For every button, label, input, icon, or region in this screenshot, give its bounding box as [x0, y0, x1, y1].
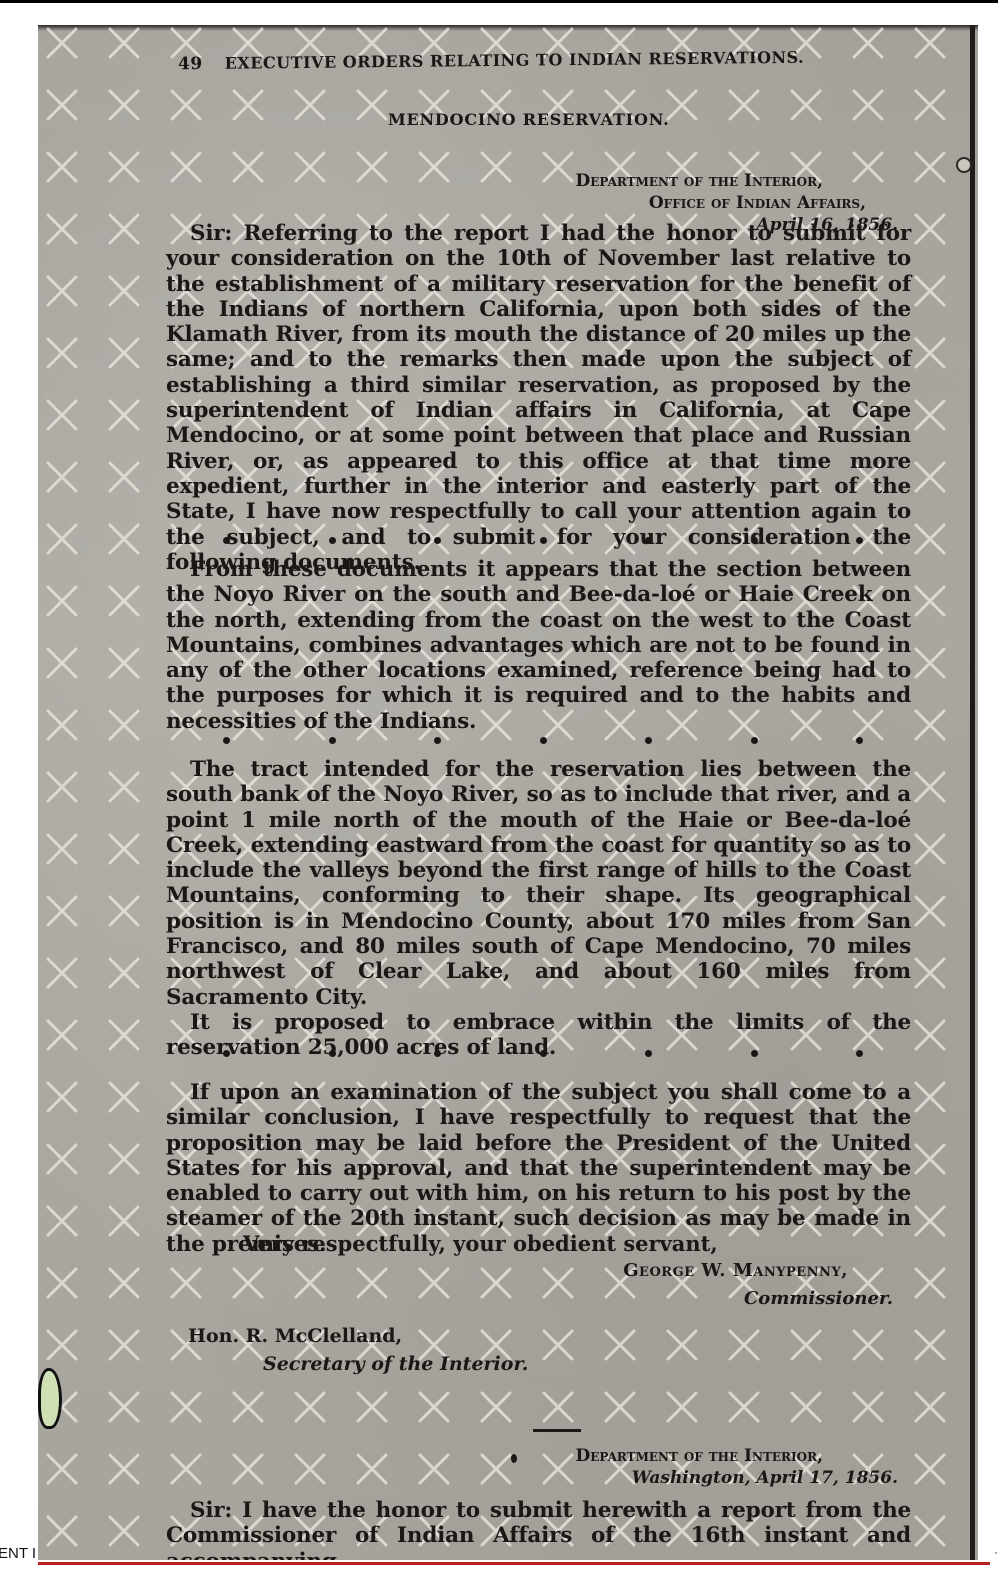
green-stain-mark — [38, 1368, 62, 1429]
paragraph-letter-2: Sir: I have the honor to submit herewith… — [166, 1498, 911, 1560]
dateline-2-department: Department of the Interior, — [576, 1445, 823, 1467]
document-text: 49EXECUTIVE ORDERS RELATING TO INDIAN RE… — [38, 25, 978, 1560]
signature-title: Commissioner. — [623, 1285, 893, 1313]
page-right-edge — [970, 25, 975, 1560]
bullet-mark — [511, 1454, 517, 1463]
page-number: 49 — [178, 54, 203, 74]
dateline-letter-2: Department of the Interior, Washington, … — [576, 1445, 898, 1489]
footer-right-mark: · — [994, 1545, 998, 1559]
document-page-photo: 49EXECUTIVE ORDERS RELATING TO INDIAN RE… — [38, 25, 978, 1560]
dateline-2-place-date: Washington, April 17, 1856. — [576, 1467, 898, 1489]
paragraph-2: From these documents it appears that the… — [166, 557, 911, 734]
dateline-department: Department of the Interior, — [576, 170, 823, 192]
section-title: MENDOCINO RESERVATION. — [388, 110, 669, 129]
running-head: 49EXECUTIVE ORDERS RELATING TO INDIAN RE… — [178, 48, 804, 75]
dateline-office: Office of Indian Affairs, — [576, 192, 866, 214]
addressee-block: Hon. R. McClelland, Secretary of the Int… — [188, 1322, 528, 1378]
ellipsis-dots-2 — [223, 737, 863, 744]
footer-left-label: ENT I — [0, 1545, 36, 1562]
closing-line: Very respectfully, your obedient servant… — [243, 1231, 718, 1256]
paragraph-1: Sir: Referring to the report I had the h… — [166, 221, 911, 575]
ellipsis-dots-3 — [223, 1050, 863, 1057]
addressee-name: Hon. R. McClelland, — [188, 1322, 528, 1350]
ellipsis-dots-1 — [223, 537, 863, 544]
signature-name: George W. Manypenny, — [623, 1257, 848, 1285]
paragraph-3: The tract intended for the reservation l… — [166, 757, 911, 1010]
addressee-title: Secretary of the Interior. — [263, 1350, 528, 1378]
section-divider — [533, 1429, 581, 1432]
footer-accent-bar — [38, 1562, 990, 1565]
signature-block: George W. Manypenny, Commissioner. — [623, 1257, 868, 1313]
top-rule — [0, 0, 998, 3]
hole-mark-icon — [956, 157, 972, 173]
running-head-title: EXECUTIVE ORDERS RELATING TO INDIAN RESE… — [225, 48, 805, 73]
